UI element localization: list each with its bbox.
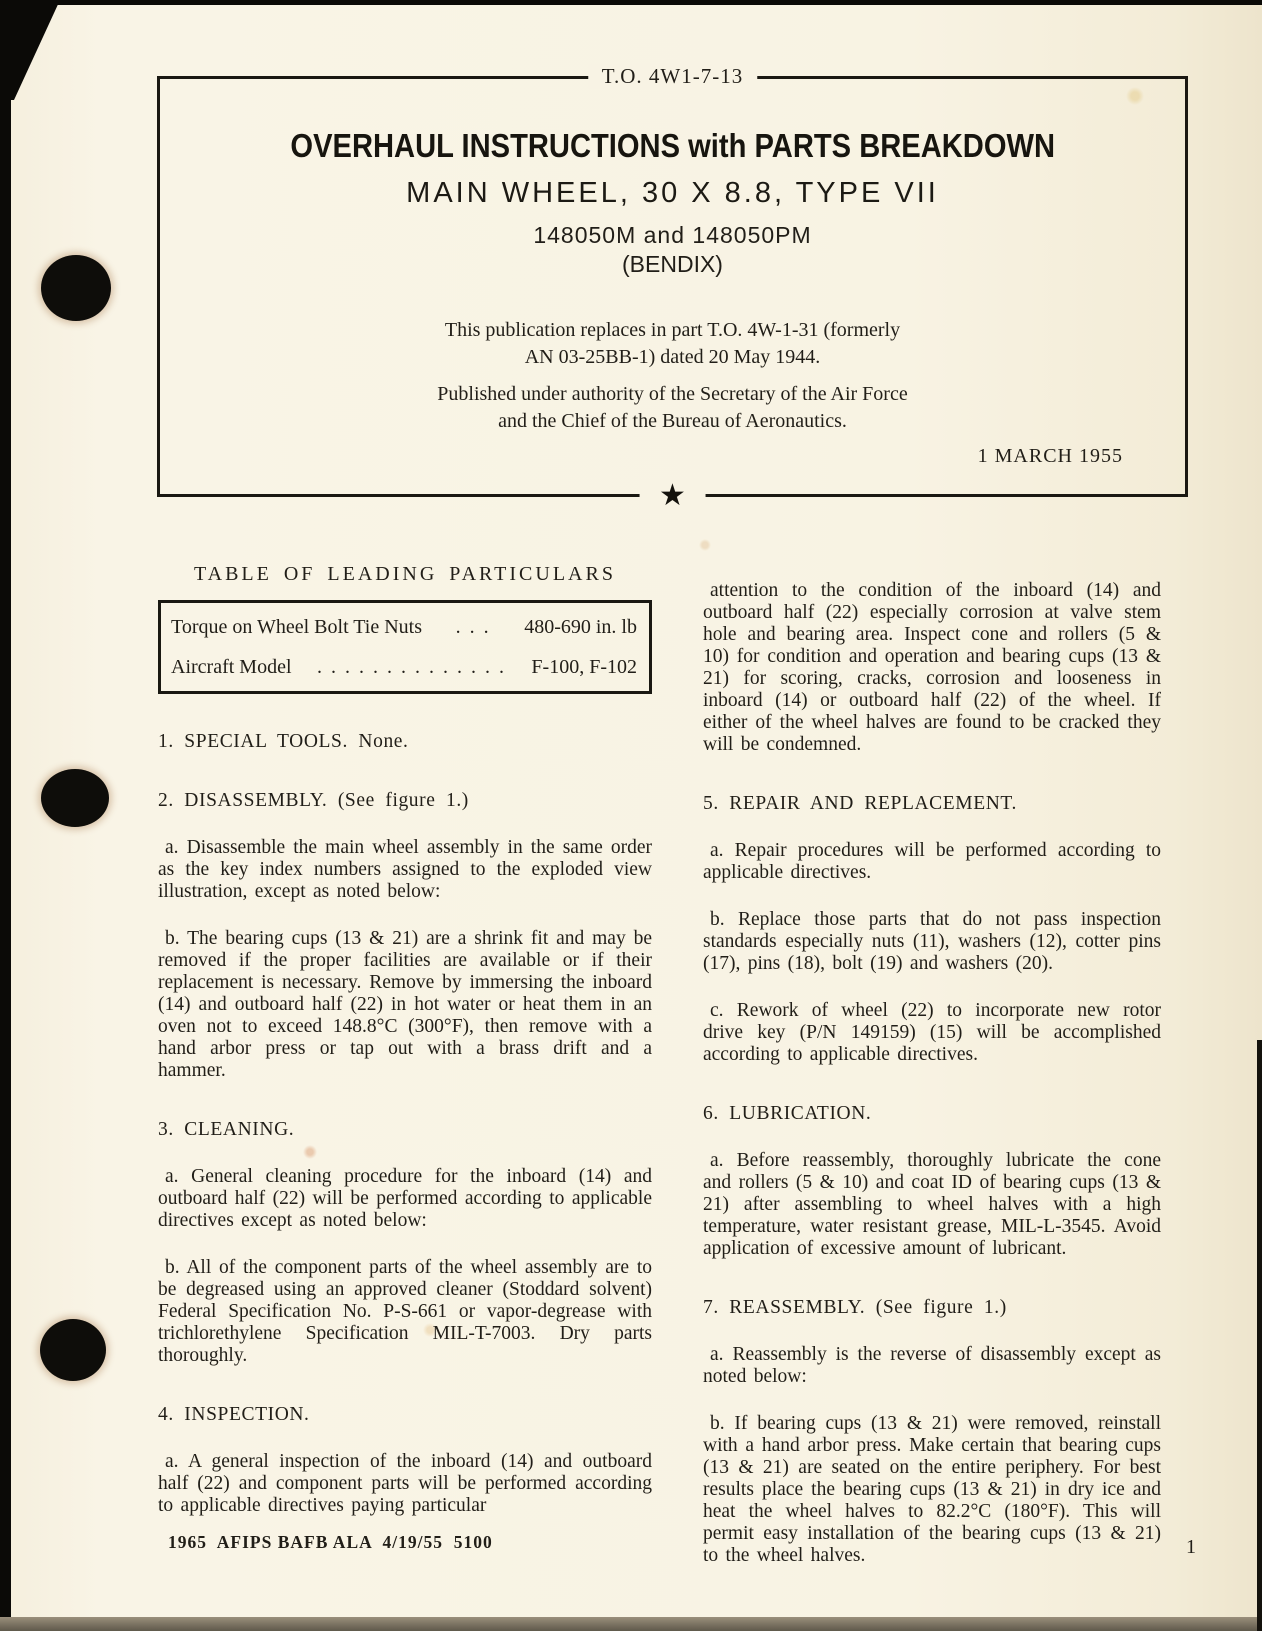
- document-title: OVERHAUL INSTRUCTIONS with PARTS BREAKDO…: [160, 129, 1185, 163]
- paragraph: b. Replace those parts that do not pass …: [703, 909, 1161, 975]
- publication-date: 1 MARCH 1955: [978, 445, 1123, 468]
- hole-punch: [41, 255, 111, 321]
- right-column-sections: attention to the condition of the inboar…: [703, 580, 1161, 1567]
- section-heading: 5. REPAIR AND REPLACEMENT.: [703, 793, 1161, 815]
- replaces-note-line2: AN 03-25BB-1) dated 20 May 1944.: [160, 344, 1185, 371]
- left-column: TABLE OF LEADING PARTICULARS Torque on W…: [158, 555, 652, 1517]
- particulars-value: F-100, F-102: [531, 656, 637, 678]
- scan-edge-top: [0, 0, 1262, 5]
- star-icon: ★: [639, 479, 706, 513]
- scan-edge-top-left-corner: [0, 0, 60, 100]
- particulars-row: Aircraft Model. . . . . . . . . . . . . …: [171, 656, 637, 678]
- section-heading: 7. REASSEMBLY. (See figure 1.): [703, 1297, 1161, 1319]
- printer-imprint: 1965 AFIPS BAFB ALA 4/19/55 5100: [168, 1532, 493, 1553]
- paragraph: a. Before reassembly, thoroughly lubrica…: [703, 1150, 1161, 1260]
- particulars-heading: TABLE OF LEADING PARTICULARS: [158, 563, 652, 586]
- replaces-note-line1: This publication replaces in part T.O. 4…: [160, 317, 1185, 344]
- document-subtitle: MAIN WHEEL, 30 X 8.8, TYPE VII: [160, 177, 1185, 209]
- paragraph: c. Rework of wheel (22) to incorporate n…: [703, 1000, 1161, 1066]
- paragraph: a. General cleaning procedure for the in…: [158, 1166, 652, 1232]
- section-heading: 3. CLEANING.: [158, 1119, 652, 1141]
- scan-edge-bottom: [0, 1617, 1262, 1631]
- authority-note-line1: Published under authority of the Secreta…: [160, 381, 1185, 408]
- dot-leader: . . .: [422, 616, 524, 638]
- scan-edge-right: [1257, 1040, 1262, 1631]
- paragraph: b. All of the component parts of the whe…: [158, 1257, 652, 1367]
- hole-punch: [41, 769, 109, 827]
- particulars-value: 480-690 in. lb: [524, 616, 637, 638]
- manufacturer: (BENDIX): [160, 251, 1185, 277]
- paragraph: a. A general inspection of the inboard (…: [158, 1451, 652, 1517]
- page-number: 1: [1186, 1536, 1196, 1559]
- particulars-label: Aircraft Model: [171, 656, 292, 678]
- scan-edge-left: [0, 0, 11, 1631]
- right-column: attention to the condition of the inboar…: [703, 555, 1161, 1567]
- title-block: T.O. 4W1-7-13 OVERHAUL INSTRUCTIONS with…: [157, 76, 1188, 497]
- section-heading: 1. SPECIAL TOOLS. None.: [158, 731, 652, 753]
- particulars-label: Torque on Wheel Bolt Tie Nuts: [171, 616, 422, 638]
- dot-leader: . . . . . . . . . . . . . .: [292, 656, 532, 678]
- section-heading: 2. DISASSEMBLY. (See figure 1.): [158, 790, 652, 812]
- hole-punch: [40, 1319, 106, 1381]
- part-numbers: 148050M and 148050PM: [160, 222, 1185, 248]
- paragraph: a. Repair procedures will be performed a…: [703, 840, 1161, 884]
- paragraph: a. Reassembly is the reverse of disassem…: [703, 1344, 1161, 1388]
- paragraph: attention to the condition of the inboar…: [703, 580, 1161, 756]
- paragraph: b. If bearing cups (13 & 21) were remove…: [703, 1413, 1161, 1567]
- document-page: T.O. 4W1-7-13 OVERHAUL INSTRUCTIONS with…: [0, 0, 1262, 1631]
- authority-note-line2: and the Chief of the Bureau of Aeronauti…: [160, 408, 1185, 435]
- particulars-table: Torque on Wheel Bolt Tie Nuts. . .480-69…: [158, 600, 652, 694]
- paragraph: a. Disassemble the main wheel assembly i…: [158, 837, 652, 903]
- left-column-sections: 1. SPECIAL TOOLS. None.2. DISASSEMBLY. (…: [158, 731, 652, 1517]
- technical-order-number: T.O. 4W1-7-13: [588, 64, 758, 89]
- section-heading: 4. INSPECTION.: [158, 1404, 652, 1426]
- section-heading: 6. LUBRICATION.: [703, 1103, 1161, 1125]
- particulars-row: Torque on Wheel Bolt Tie Nuts. . .480-69…: [171, 616, 637, 638]
- paragraph: b. The bearing cups (13 & 21) are a shri…: [158, 928, 652, 1082]
